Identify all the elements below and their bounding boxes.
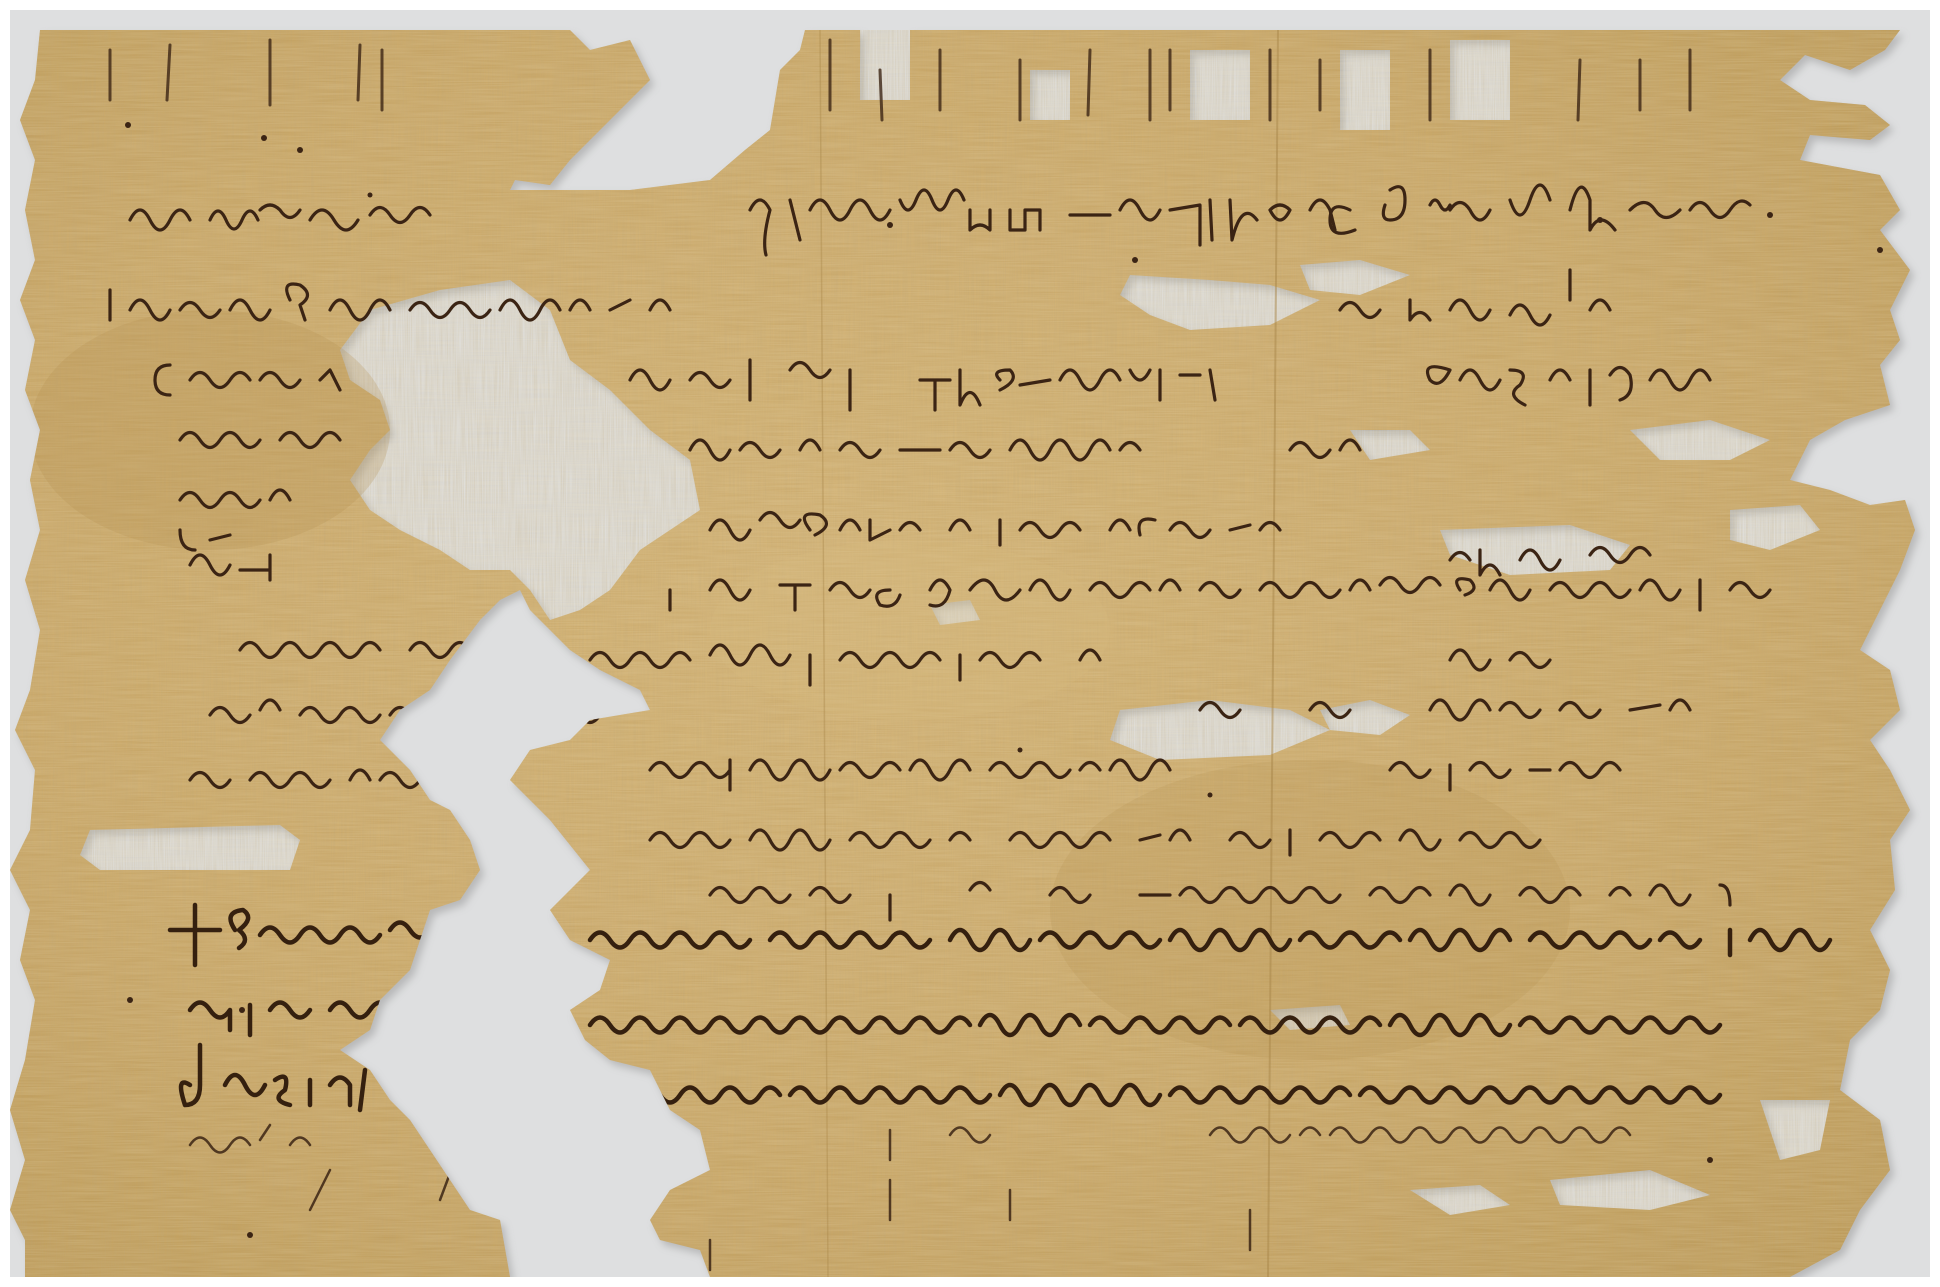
photo-frame: Photograph of an ancient papyrus documen…: [10, 10, 1930, 1277]
papyrus-photo: [10, 10, 1930, 1277]
papyrus-texture: [10, 10, 1930, 1277]
